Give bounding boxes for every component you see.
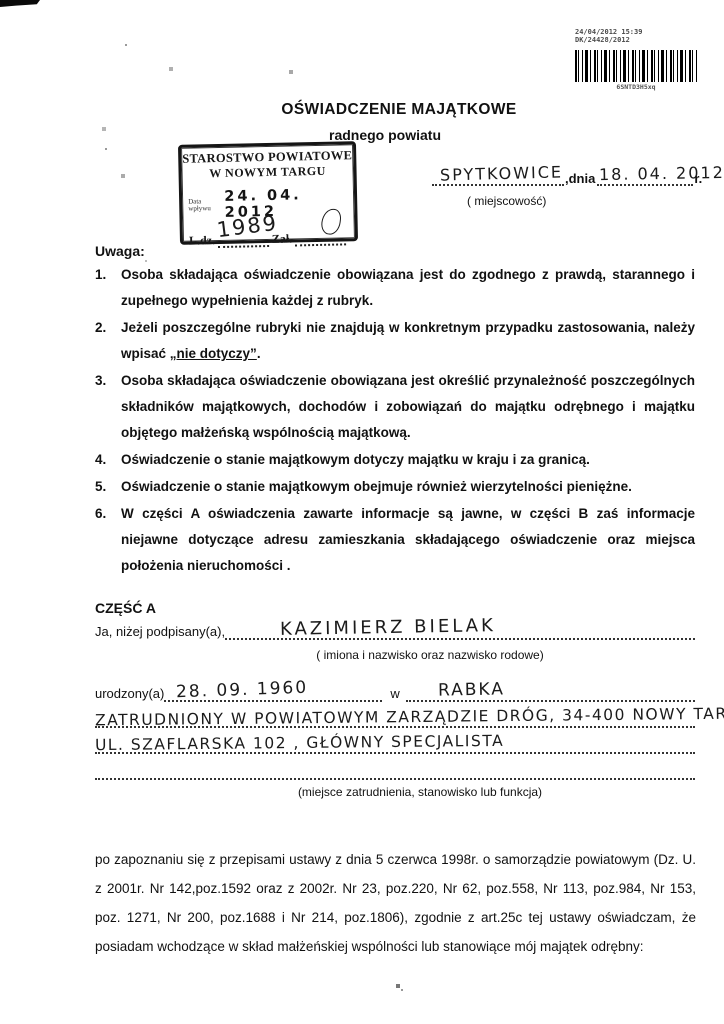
legal-declaration-paragraph: po zapoznaniu się z przepisami ustawy z …	[95, 845, 696, 961]
employment-caption: (miejsce zatrudnienia, stanowisko lub fu…	[298, 785, 542, 799]
barcode	[575, 50, 697, 82]
office-receipt-stamp: STAROSTWO POWIATOWE W NOWYM TARGU Data w…	[178, 141, 358, 245]
item-text: W części A oświadczenia zawarte informac…	[121, 501, 695, 579]
declarant-name-field: KAZIMIERZ BIELAK	[225, 612, 695, 640]
item-number: 2.	[95, 315, 121, 367]
stamp-zal-dotted-line	[295, 233, 346, 246]
item-number: 3.	[95, 368, 121, 446]
declarant-row: Ja, niżej podpisany(a), KAZIMIERZ BIELAK	[95, 612, 695, 640]
birth-place-field: RABKA	[406, 672, 695, 702]
birth-date-handwritten: 28. 09. 1960	[176, 678, 309, 703]
birth-place-handwritten: RABKA	[438, 679, 505, 700]
stamp-date-label: Data wpływu	[188, 198, 217, 213]
declarant-label: Ja, niżej podpisany(a),	[95, 624, 225, 640]
instructions-list: 1. Osoba składająca oświadczenie obowiąz…	[95, 262, 695, 580]
date-handwritten: 18. 04. 2012	[599, 163, 724, 184]
place-caption: ( miejscowość)	[467, 194, 714, 208]
place-field: SPYTKOWICE	[432, 160, 564, 186]
list-item: 2. Jeżeli poszczególne rubryki nie znajd…	[95, 315, 695, 367]
list-item: 6. W części A oświadczenia zawarte infor…	[95, 501, 695, 579]
place-date-row: SPYTKOWICE ,dnia 18. 04. 2012 r.	[432, 160, 714, 186]
item-text: Oświadczenie o stanie majątkowym dotyczy…	[121, 447, 695, 473]
list-item: 3. Osoba składająca oświadczenie obowiąz…	[95, 368, 695, 446]
item-number: 4.	[95, 447, 121, 473]
list-item: 1. Osoba składająca oświadczenie obowiąz…	[95, 262, 695, 314]
page-title: OŚWIADCZENIE MAJĄTKOWE	[281, 101, 516, 119]
barcode-label: 6SNTD3H5xq	[575, 83, 697, 91]
birth-row: urodzony(a) 28. 09. 1960 w RABKA	[95, 672, 695, 702]
date-field: 18. 04. 2012	[597, 160, 693, 186]
employment-field-line3-empty	[95, 752, 695, 780]
document-page: 24/04/2012 15:39 DK/24428/2012 6SNTD3H5x…	[0, 0, 724, 1024]
item-number: 5.	[95, 474, 121, 500]
item-text: Osoba składająca oświadczenie obowiązana…	[121, 368, 695, 446]
scan-corner-artifact	[0, 0, 40, 7]
nie-dotyczy-underlined: „nie dotyczy”	[170, 346, 257, 361]
scan-timestamp: 24/04/2012 15:39	[575, 28, 705, 36]
birth-date-field: 28. 09. 1960	[164, 672, 382, 702]
employment-field-line1: ZATRUDNIONY W POWIATOWYM ZARZĄDZIE DRÓG,…	[95, 700, 695, 728]
item-number: 6.	[95, 501, 121, 579]
scan-registration-block: 24/04/2012 15:39 DK/24428/2012 6SNTD3H5x…	[575, 28, 705, 91]
uwaga-heading: Uwaga:	[95, 243, 145, 259]
employment-field-line2: UL. SZAFLARSKA 102 , GŁÓWNY SPECJALISTA	[95, 726, 695, 754]
scan-doc-number: DK/24428/2012	[575, 36, 705, 44]
item-text: Oświadczenie o stanie majątkowym obejmuj…	[121, 474, 695, 500]
item-text: Jeżeli poszczególne rubryki nie znajdują…	[121, 315, 695, 367]
declarant-name-caption: ( imiona i nazwisko oraz nazwisko rodowe…	[316, 648, 543, 662]
place-handwritten: SPYTKOWICE	[440, 162, 563, 184]
place-and-date-block: SPYTKOWICE ,dnia 18. 04. 2012 r. ( miejs…	[432, 160, 714, 208]
item-text: Osoba składająca oświadczenie obowiązana…	[121, 262, 695, 314]
item-number: 1.	[95, 262, 121, 314]
employment-handwritten-line2: UL. SZAFLARSKA 102 , GŁÓWNY SPECJALISTA	[95, 732, 504, 754]
declarant-name-handwritten: KAZIMIERZ BIELAK	[280, 615, 496, 640]
stamp-ldz-label: L.dz.	[189, 233, 215, 249]
dnia-label: ,dnia	[564, 171, 597, 186]
list-item: 5. Oświadczenie o stanie majątkowym obej…	[95, 474, 695, 500]
list-item: 4. Oświadczenie o stanie majątkowym doty…	[95, 447, 695, 473]
scan-speckles	[125, 44, 127, 46]
